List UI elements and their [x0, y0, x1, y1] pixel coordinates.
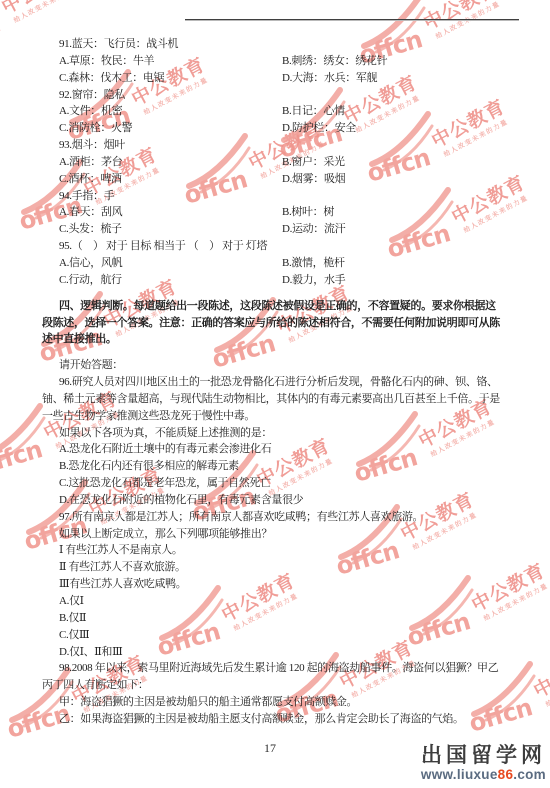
text-line: A.仅Ⅰ — [42, 593, 518, 610]
text-line: 一些古生物学家推测这些恐龙死于慢性中毒。 — [42, 408, 518, 425]
option-left: C.行动，航行 — [59, 272, 282, 289]
text-line: 97.所有南京人都是江苏人；所有南京人都喜欢吃咸鸭；有些江苏人喜欢旅游。 — [42, 509, 518, 526]
text-line: Ⅰ 有些江苏人不是南京人。 — [42, 542, 518, 559]
option-row: A.信心，风帆B.激情，桅杆 — [42, 255, 518, 272]
text-line: 如果以上断定成立，那么下列哪项能够推出？ — [42, 526, 518, 543]
option-left: C.头发：梳子 — [59, 221, 282, 238]
text-line: 96.研究人员对四川地区出土的一批恐龙骨骼化石进行分析后发现，骨骼化石内的砷、钡… — [42, 374, 518, 391]
text-line: 91.蓝天：飞行员：战斗机 — [42, 36, 518, 53]
option-row: A.草原：牧民：牛羊B.刺绣：绣女：绣花针 — [42, 53, 518, 70]
option-left: A.信心，风帆 — [59, 255, 282, 272]
url-prefix: www.liuxue — [421, 767, 498, 782]
option-row: A.春天：刮风B.树叶：树 — [42, 204, 518, 221]
site-url[interactable]: www.liuxue86.com — [421, 768, 546, 782]
text-line: 铀、稀土元素等含量超高，与现代陆生动物相比，其体内的有毒元素要高出几百甚至上千倍… — [42, 391, 518, 408]
option-row: A.酒柜：茅台B.窗户：采光 — [42, 154, 518, 171]
option-row: C.头发：梳子D.运动：流汗 — [42, 221, 518, 238]
text-body: 91.蓝天：飞行员：战斗机A.草原：牧民：牛羊B.刺绣：绣女：绣花针C.森林：伐… — [42, 36, 518, 728]
option-row: C.消防栓：火警D.防护栏：安全 — [42, 120, 518, 137]
text-line: 请开始答题： — [42, 357, 518, 374]
option-right: D.烟雾：吸烟 — [282, 171, 345, 188]
text-line: Ⅱ 有些江苏人不喜欢旅游。 — [42, 559, 518, 576]
option-row: A.文件：机密B.日记：心情 — [42, 103, 518, 120]
option-right: D.毅力，水手 — [282, 272, 345, 289]
text-line: 述中直接推出。 — [42, 331, 518, 348]
header-rule — [185, 19, 519, 20]
option-left: C.消防栓：火警 — [59, 120, 282, 137]
text-line: 98.2008 年以来，索马里附近海域先后发生累计逾 120 起的海盗劫船事件。… — [42, 660, 518, 677]
option-right: B.树叶：树 — [282, 204, 334, 221]
text-line: B.仅Ⅱ — [42, 610, 518, 627]
text-line: 95.（ ） 对于 目标 相当于 （ ） 对于 灯塔 — [42, 238, 518, 255]
option-right: D.防护栏：安全 — [282, 120, 356, 137]
document-page: offcn中公教育给人改变未来的力量offcn中公教育给人改变未来的力量offc… — [0, 0, 550, 788]
option-right: D.大海：水兵：军舰 — [282, 70, 377, 87]
option-left: A.酒柜：茅台 — [59, 154, 282, 171]
option-right: B.刺绣：绣女：绣花针 — [282, 53, 387, 70]
text-line: 93.烟斗：烟叶 — [42, 137, 518, 154]
text-line: D.在恐龙化石附近的植物化石里，有毒元素含量很少 — [42, 492, 518, 509]
option-row: C.酒杯：啤酒D.烟雾：吸烟 — [42, 171, 518, 188]
text-line: C.仅Ⅲ — [42, 627, 518, 644]
text-line: Ⅲ有些江苏人喜欢吃咸鸭。 — [42, 576, 518, 593]
option-row: C.行动，航行D.毅力，水手 — [42, 272, 518, 289]
option-row: C.森林：伐木工：电锯D.大海：水兵：军舰 — [42, 70, 518, 87]
text-line: 如果以下各项为真，不能质疑上述推测的是： — [42, 425, 518, 442]
text-line: 94.手指：手 — [42, 188, 518, 205]
text-line: 段陈述，选择一个答案。注意：正确的答案应与所给的陈述相符合，不需要任何附加说明即… — [42, 315, 518, 332]
url-suffix: .com — [513, 767, 546, 782]
text-line: 丙丁四人有断定如下： — [42, 677, 518, 694]
option-right: B.激情，桅杆 — [282, 255, 345, 272]
text-line: C.这批恐龙化石都是老年恐龙，属于自然死亡 — [42, 475, 518, 492]
url-highlight: 86 — [498, 767, 514, 782]
option-left: C.酒杯：啤酒 — [59, 171, 282, 188]
option-left: C.森林：伐木工：电锯 — [59, 70, 282, 87]
text-line: 四、逻辑判断。每道题给出一段陈述，这段陈述被假设是正确的，不容置疑的。要求你根据… — [42, 298, 518, 315]
text-line: 甲：海盗猖獗的主因是被劫船只的船主通常都愿支付高额赎金。 — [42, 694, 518, 711]
site-name[interactable]: 出国留学网 — [421, 745, 546, 766]
liuxue86-logo[interactable]: 出国留学网 www.liuxue86.com — [421, 745, 546, 782]
text-line: 92.窗帘：隐私 — [42, 87, 518, 104]
text-line: D.仅Ⅰ、Ⅱ和Ⅲ — [42, 644, 518, 661]
option-right: B.日记：心情 — [282, 103, 345, 120]
text-line: B.恐龙化石内还有很多相应的解毒元素 — [42, 458, 518, 475]
text-line: A.恐龙化石附近土壤中的有毒元素会渗进化石 — [42, 441, 518, 458]
option-right: D.运动：流汗 — [282, 221, 345, 238]
watermark-brand-cn: 中公教育 — [530, 645, 550, 703]
option-left: A.春天：刮风 — [59, 204, 282, 221]
option-right: B.窗户：采光 — [282, 154, 345, 171]
option-left: A.草原：牧民：牛羊 — [59, 53, 282, 70]
watermark-brand: offcn — [0, 9, 3, 53]
text-line: 乙：如果海盗猖獗的主因是被劫船主愿支付高额赎金，那么肯定会助长了海盗的气焰。 — [42, 711, 518, 728]
option-left: A.文件：机密 — [59, 103, 282, 120]
